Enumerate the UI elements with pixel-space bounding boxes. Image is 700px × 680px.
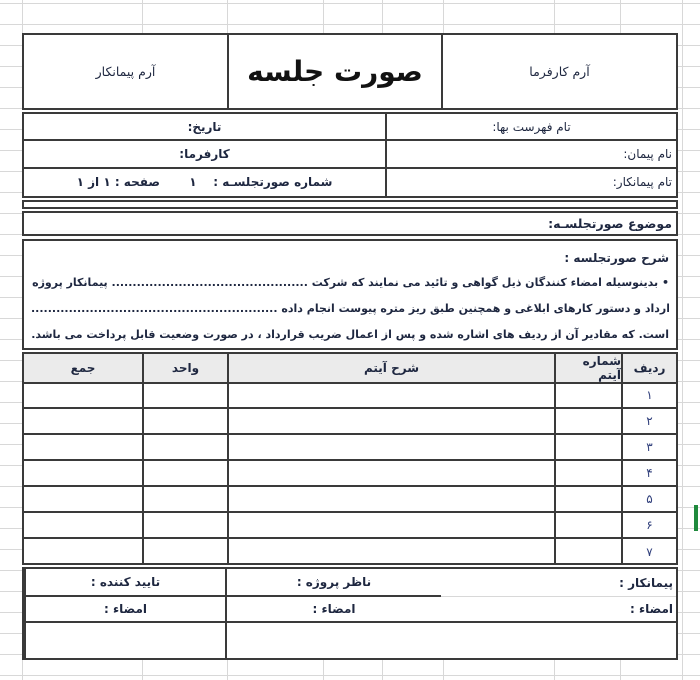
- item-no-cell[interactable]: [554, 539, 621, 565]
- signature-area-approver[interactable]: [24, 623, 225, 658]
- item-desc-cell[interactable]: [227, 409, 554, 435]
- col-header-row: ردیف: [621, 354, 676, 384]
- item-no-cell[interactable]: [554, 435, 621, 461]
- page-title: صورت جلسه: [227, 35, 443, 108]
- unit-cell[interactable]: [142, 409, 227, 435]
- separator-row: [22, 200, 678, 209]
- description-line-1: • بدینوسیله امضاء کنندگان ذیل گواهی و تا…: [31, 270, 669, 296]
- signature-label-contractor: امضاء :: [441, 597, 676, 623]
- contractor-name-label: تام پیمانکار:: [385, 169, 676, 196]
- item-desc-cell[interactable]: [227, 487, 554, 513]
- employer-label: کارفرما:: [24, 141, 385, 168]
- total-cell[interactable]: [24, 435, 142, 461]
- description-box: شرح صورتجلسه : • بدینوسیله امضاء کنندگان…: [22, 239, 678, 350]
- row-number: ۵: [621, 487, 676, 513]
- item-no-cell[interactable]: [554, 513, 621, 539]
- description-title: شرح صورتجلسه :: [31, 246, 669, 270]
- row-number: ۲: [621, 409, 676, 435]
- row-number: ۴: [621, 461, 676, 487]
- cell-selection-marker: [694, 505, 698, 531]
- description-line-2: ........................................…: [31, 296, 669, 322]
- info-table: تام فهرست بها: تاریخ: نام پیمان: کارفرما…: [22, 112, 678, 198]
- item-no-cell[interactable]: [554, 487, 621, 513]
- row-number: ۱: [621, 383, 676, 409]
- contractor-label: پیمانکار :: [441, 569, 676, 597]
- supervisor-label: ناظر پروژه :: [225, 569, 441, 597]
- unit-cell[interactable]: [142, 383, 227, 409]
- signature-empty-row: [24, 623, 676, 658]
- minutes-number-line: شماره صورتجلسـه : ۱ صفحه : ۱ از ۱: [24, 169, 385, 196]
- form-header: آرم کارفرما صورت جلسه آرم پیمانکار: [22, 33, 678, 110]
- total-cell[interactable]: [24, 539, 142, 565]
- col-header-item-no: شماره آیتم: [554, 354, 621, 384]
- total-cell[interactable]: [24, 513, 142, 539]
- table-row: ۴: [24, 461, 676, 487]
- item-desc-cell[interactable]: [227, 435, 554, 461]
- items-table: ردیف شماره آیتم شرح آیتم واحد جمع ۱ ۲ ۳: [22, 352, 678, 565]
- signature-labels-row: پیمانکار : ناظر پروژه : تایید کننده :: [24, 569, 676, 597]
- table-row: ۶: [24, 513, 676, 539]
- signature-caption-row: امضاء : امضاء : امضاء :: [24, 597, 676, 623]
- signatures-table: پیمانکار : ناظر پروژه : تایید کننده : ام…: [22, 567, 678, 660]
- unit-cell[interactable]: [142, 435, 227, 461]
- table-row: ۷: [24, 539, 676, 565]
- signature-area-contractor[interactable]: [441, 623, 676, 658]
- total-cell[interactable]: [24, 409, 142, 435]
- col-header-item-desc: شرح آیتم: [227, 354, 554, 384]
- signature-area-supervisor[interactable]: [225, 623, 441, 658]
- table-row: ۱: [24, 383, 676, 409]
- approver-label: تایید کننده :: [24, 569, 225, 597]
- unit-cell[interactable]: [142, 461, 227, 487]
- price-list-name-label: تام فهرست بها:: [385, 114, 676, 141]
- col-header-total: جمع: [24, 354, 142, 384]
- total-cell[interactable]: [24, 461, 142, 487]
- spreadsheet-page: آرم کارفرما صورت جلسه آرم پیمانکار تام ف…: [0, 0, 700, 680]
- table-row: ۳: [24, 435, 676, 461]
- item-no-cell[interactable]: [554, 383, 621, 409]
- item-desc-cell[interactable]: [227, 513, 554, 539]
- item-desc-cell[interactable]: [227, 539, 554, 565]
- item-no-cell[interactable]: [554, 409, 621, 435]
- row-number: ۷: [621, 539, 676, 565]
- row-number: ۳: [621, 435, 676, 461]
- table-row: ۵: [24, 487, 676, 513]
- signature-label-supervisor: امضاء :: [225, 597, 441, 623]
- items-table-header: ردیف شماره آیتم شرح آیتم واحد جمع: [24, 354, 676, 383]
- item-desc-cell[interactable]: [227, 383, 554, 409]
- total-cell[interactable]: [24, 487, 142, 513]
- date-label: تاریخ:: [24, 114, 385, 141]
- signature-label-approver: امضاء :: [24, 597, 225, 623]
- table-row: ۲: [24, 409, 676, 435]
- col-header-unit: واحد: [142, 354, 227, 384]
- contractor-logo-cell: آرم پیمانکار: [24, 35, 227, 108]
- total-cell[interactable]: [24, 383, 142, 409]
- subject-row[interactable]: موضوع صورتجلسـه:: [22, 211, 678, 236]
- contract-name-label: نام پیمان:: [385, 141, 676, 168]
- row-number: ۶: [621, 513, 676, 539]
- employer-logo-cell: آرم کارفرما: [443, 35, 676, 108]
- description-line-3: است. که مقادیر آن از ردیف های اشاره شده …: [31, 322, 669, 348]
- item-no-cell[interactable]: [554, 461, 621, 487]
- unit-cell[interactable]: [142, 539, 227, 565]
- unit-cell[interactable]: [142, 513, 227, 539]
- item-desc-cell[interactable]: [227, 461, 554, 487]
- unit-cell[interactable]: [142, 487, 227, 513]
